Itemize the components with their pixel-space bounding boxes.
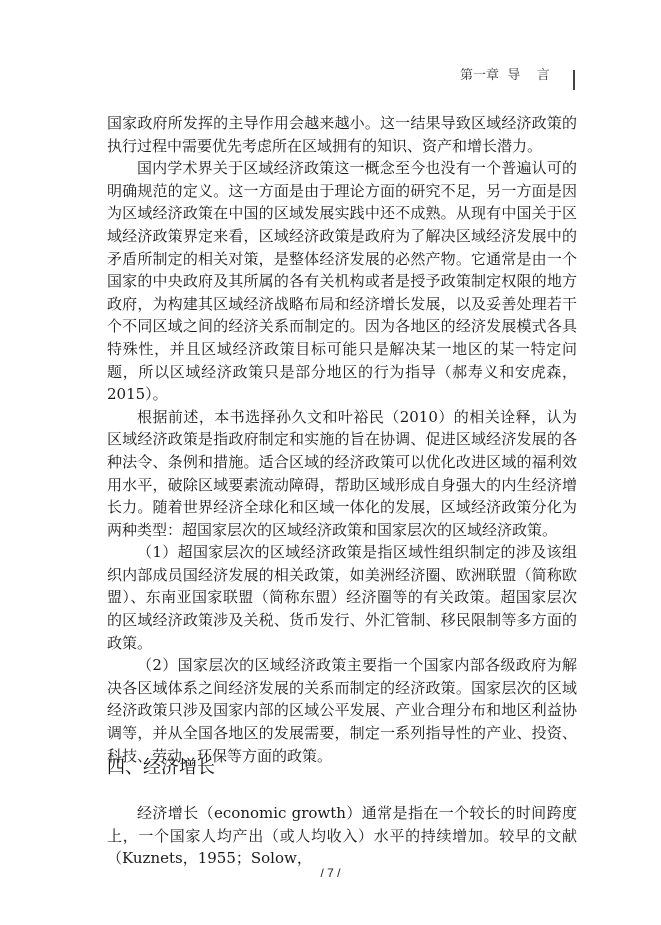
paragraph: （2）国家层次的区域经济政策主要指一个国家内部各级政府为解决各区域体系之间经济发…	[107, 654, 577, 767]
section-body-text: 经济增长（economic growth）通常是指在一个较长的时间跨度上，一个国…	[107, 802, 577, 870]
running-header: 第一章 导 言	[460, 66, 550, 86]
paragraph: （1）超国家层次的区域经济政策是指区域性组织制定的涉及该组织内部成员国经济发展的…	[107, 541, 577, 654]
page-number: / 7 /	[0, 866, 661, 880]
header-rule	[573, 70, 575, 90]
paragraph: 国内学术界关于区域经济政策这一概念至今也没有一个普遍认可的明确规范的定义。这一方…	[107, 157, 577, 406]
section-heading: 四、经济增长	[107, 756, 215, 780]
body-text: 国家政府所发挥的主导作用会越来越小。这一结果导致区域经济政策的执行过程中需要优先…	[107, 112, 577, 767]
paragraph: 根据前述，本书选择孙久文和叶裕民（2010）的相关诠释，认为区域经济政策是指政府…	[107, 406, 577, 542]
paragraph: 国家政府所发挥的主导作用会越来越小。这一结果导致区域经济政策的执行过程中需要优先…	[107, 112, 577, 157]
paragraph: 经济增长（economic growth）通常是指在一个较长的时间跨度上，一个国…	[107, 802, 577, 870]
